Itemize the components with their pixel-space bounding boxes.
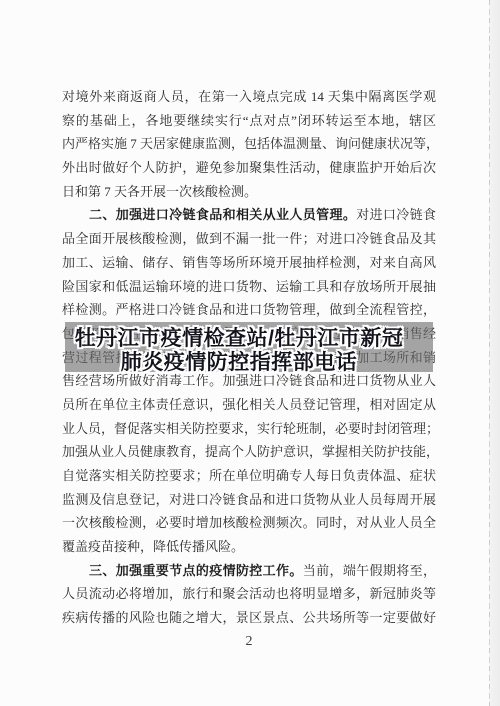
document-text-segment: 对进口冷链食 [356, 207, 436, 222]
document-text-segment: 监测及信息登记，对进口冷链食品和进口货物从业人员每周开展 [62, 492, 436, 507]
document-text-segment: 样检测。严格进口冷链食品和进口货物管理，做到全流程管控， [62, 302, 436, 317]
document-line: 三、加强重要节点的疫情防控工作。当前，端午假期将至， [62, 559, 436, 583]
document-line: 品全面开展核酸检测，做到不漏一批一件；对进口冷链食品及其 [62, 227, 436, 251]
document-text-segment: 日和第 7 天各开展一次核酸检测。 [62, 184, 257, 199]
document-text-segment: 加工、运输、储存、销售等场所环境开展抽样检测，对来自高风 [62, 255, 436, 270]
document-line: 外出时做好个人防护，避免参加聚集性活动，健康监护开始后次 [62, 156, 436, 180]
caption-title-line-2: 肺炎疫情防控指挥部电话 [55, 351, 423, 375]
document-line: 日和第 7 天各开展一次核酸检测。 [62, 180, 436, 204]
document-text-segment: 疾病传播的风险也随之增大，景区景点、公共场所等一定要做好 [62, 610, 436, 625]
document-text-segment: 对境外来商返商人员，在第一入境点完成 14 天集中隔离医学观 [62, 89, 436, 104]
document-heading-segment: 二、加强进口冷链食品和相关从业人员管理。 [89, 207, 356, 222]
document-text-segment: 覆盖疫苗接种，降低传播风险。 [62, 539, 244, 554]
page-number: 2 [62, 634, 436, 650]
scan-crease-line [489, 0, 490, 706]
caption-title-line-1: 牡丹江市疫情检查站/牡丹江市新冠 [55, 327, 423, 351]
document-line: 一次核酸检测，必要时增加核酸检测频次。同时，对从业人员全 [62, 511, 436, 535]
caption-title: 牡丹江市疫情检查站/牡丹江市新冠 肺炎疫情防控指挥部电话 [55, 327, 423, 374]
document-line: 人员流动必将增加，旅行和聚会活动也将明显增多，新冠肺炎等 [62, 582, 436, 606]
document-text-segment: 加强从业人员健康教育，提高个人防护意识，掌握相关防护技能， [62, 444, 436, 459]
document-line: 察的基础上，各地要继续实行“点对点”闭环转运至本地，辖区 [62, 109, 436, 133]
document-line: 内严格实施 7 天居家健康监测，包括体温测量、询问健康状况等， [62, 132, 436, 156]
document-text-segment: 外出时做好个人防护，避免参加聚集性活动，健康监护开始后次 [62, 160, 436, 175]
document-text-segment: 售经营场所做好消毒工作。加强进口冷链食品和进口货物从业人 [62, 373, 436, 388]
scanned-document-page: 对境外来商返商人员，在第一入境点完成 14 天集中隔离医学观察的基础上，各地要继… [0, 0, 500, 706]
document-line: 业人员，督促落实相关防控要求，实行轮班制，必要时封闭管理； [62, 417, 436, 441]
document-text-segment: 内严格实施 7 天居家健康监测，包括体温测量、询问健康状况等， [62, 136, 436, 151]
document-text-segment: 自觉落实相关防控要求；所在单位明确专人每日负责体温、症状 [62, 468, 436, 483]
scan-page-edge [490, 0, 500, 706]
document-line: 二、加强进口冷链食品和相关从业人员管理。对进口冷链食 [62, 203, 436, 227]
document-line: 样检测。严格进口冷链食品和进口货物管理，做到全流程管控， [62, 298, 436, 322]
document-line: 加工、运输、储存、销售等场所环境开展抽样检测，对来自高风 [62, 251, 436, 275]
document-text-segment: 人员流动必将增加，旅行和聚会活动也将明显增多，新冠肺炎等 [62, 586, 436, 601]
document-line: 疾病传播的风险也随之增大，景区景点、公共场所等一定要做好 [62, 606, 436, 630]
document-text-segment: 当前，端午假期将至， [303, 563, 436, 578]
document-heading-segment: 三、加强重要节点的疫情防控工作。 [89, 563, 303, 578]
document-line: 员所在单位主体责任意识，强化相关人员登记管理，相对固定从 [62, 393, 436, 417]
document-text-segment: 一次核酸检测，必要时增加核酸检测频次。同时，对从业人员全 [62, 515, 436, 530]
document-line: 覆盖疫苗接种，降低传播风险。 [62, 535, 436, 559]
document-line: 险国家和低温运输环境的进口货物、运输工具和存放场所开展抽 [62, 275, 436, 299]
document-text-segment: 员所在单位主体责任意识，强化相关人员登记管理，相对固定从 [62, 397, 436, 412]
document-line: 加强从业人员健康教育，提高个人防护意识，掌握相关防护技能， [62, 440, 436, 464]
document-text-segment: 险国家和低温运输环境的进口货物、运输工具和存放场所开展抽 [62, 279, 436, 294]
document-text-segment: 业人员，督促落实相关防控要求，实行轮班制，必要时封闭管理； [62, 421, 436, 436]
document-text-segment: 察的基础上，各地要继续实行“点对点”闭环转运至本地，辖区 [62, 113, 436, 128]
document-line: 监测及信息登记，对进口冷链食品和进口货物从业人员每周开展 [62, 488, 436, 512]
document-text-segment: 品全面开展核酸检测，做到不漏一批一件；对进口冷链食品及其 [62, 231, 436, 246]
document-line: 自觉落实相关防控要求；所在单位明确专人每日负责体温、症状 [62, 464, 436, 488]
document-line: 对境外来商返商人员，在第一入境点完成 14 天集中隔离医学观 [62, 85, 436, 109]
